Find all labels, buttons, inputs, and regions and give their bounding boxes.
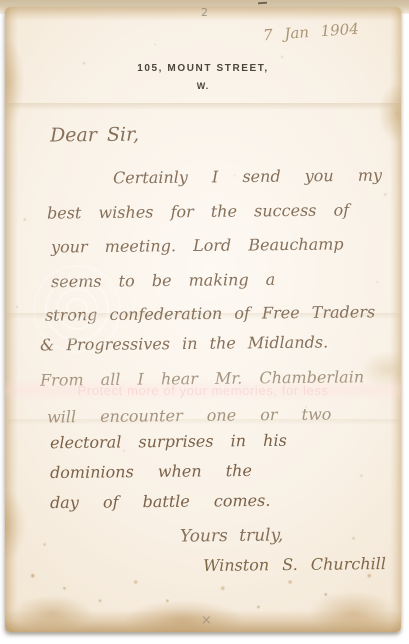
- paper-crease: [5, 103, 401, 110]
- letter-page: 2 7 Jan 1904 105, MOUNT STREET, W. Dear …: [5, 7, 401, 632]
- body-line: best wishes for the success of: [47, 200, 349, 222]
- signature: Winston S. Churchill: [203, 554, 386, 575]
- body-line: & Progressives in the Midlands.: [40, 332, 328, 354]
- body-line: seems to be making a: [51, 270, 275, 291]
- pencil-page-number: 2: [201, 7, 208, 19]
- body-line: day of battle comes.: [50, 491, 271, 512]
- body-line: electoral surprises in his: [50, 431, 287, 452]
- salutation: Dear Sir,: [50, 124, 139, 147]
- body-line: your meeting. Lord Beauchamp: [51, 234, 344, 256]
- watermark-text: Protect more of your memories, for less: [78, 383, 329, 398]
- body-line: strong confederation of Free Traders: [45, 302, 375, 324]
- aged-edge-right: [390, 7, 401, 632]
- letterhead-address: 105, MOUNT STREET,: [5, 63, 401, 74]
- letterhead-district: W.: [5, 81, 401, 91]
- handwritten-date: 7 Jan 1904: [262, 20, 359, 45]
- body-line: Certainly I send you my: [113, 166, 382, 188]
- closing-valediction: Yours truly,: [180, 525, 283, 546]
- printed-letterhead: 105, MOUNT STREET, W.: [5, 63, 401, 91]
- scanned-letter-image: 2 7 Jan 1904 105, MOUNT STREET, W. Dear …: [0, 0, 409, 644]
- aged-edge-left: [5, 7, 18, 632]
- watermark-text-band: Protect more of your memories, for less: [5, 379, 401, 401]
- body-line: will encounter one or two: [47, 405, 332, 427]
- pencil-bottom-mark: ×: [201, 613, 212, 628]
- body-line: dominions when the: [50, 461, 252, 482]
